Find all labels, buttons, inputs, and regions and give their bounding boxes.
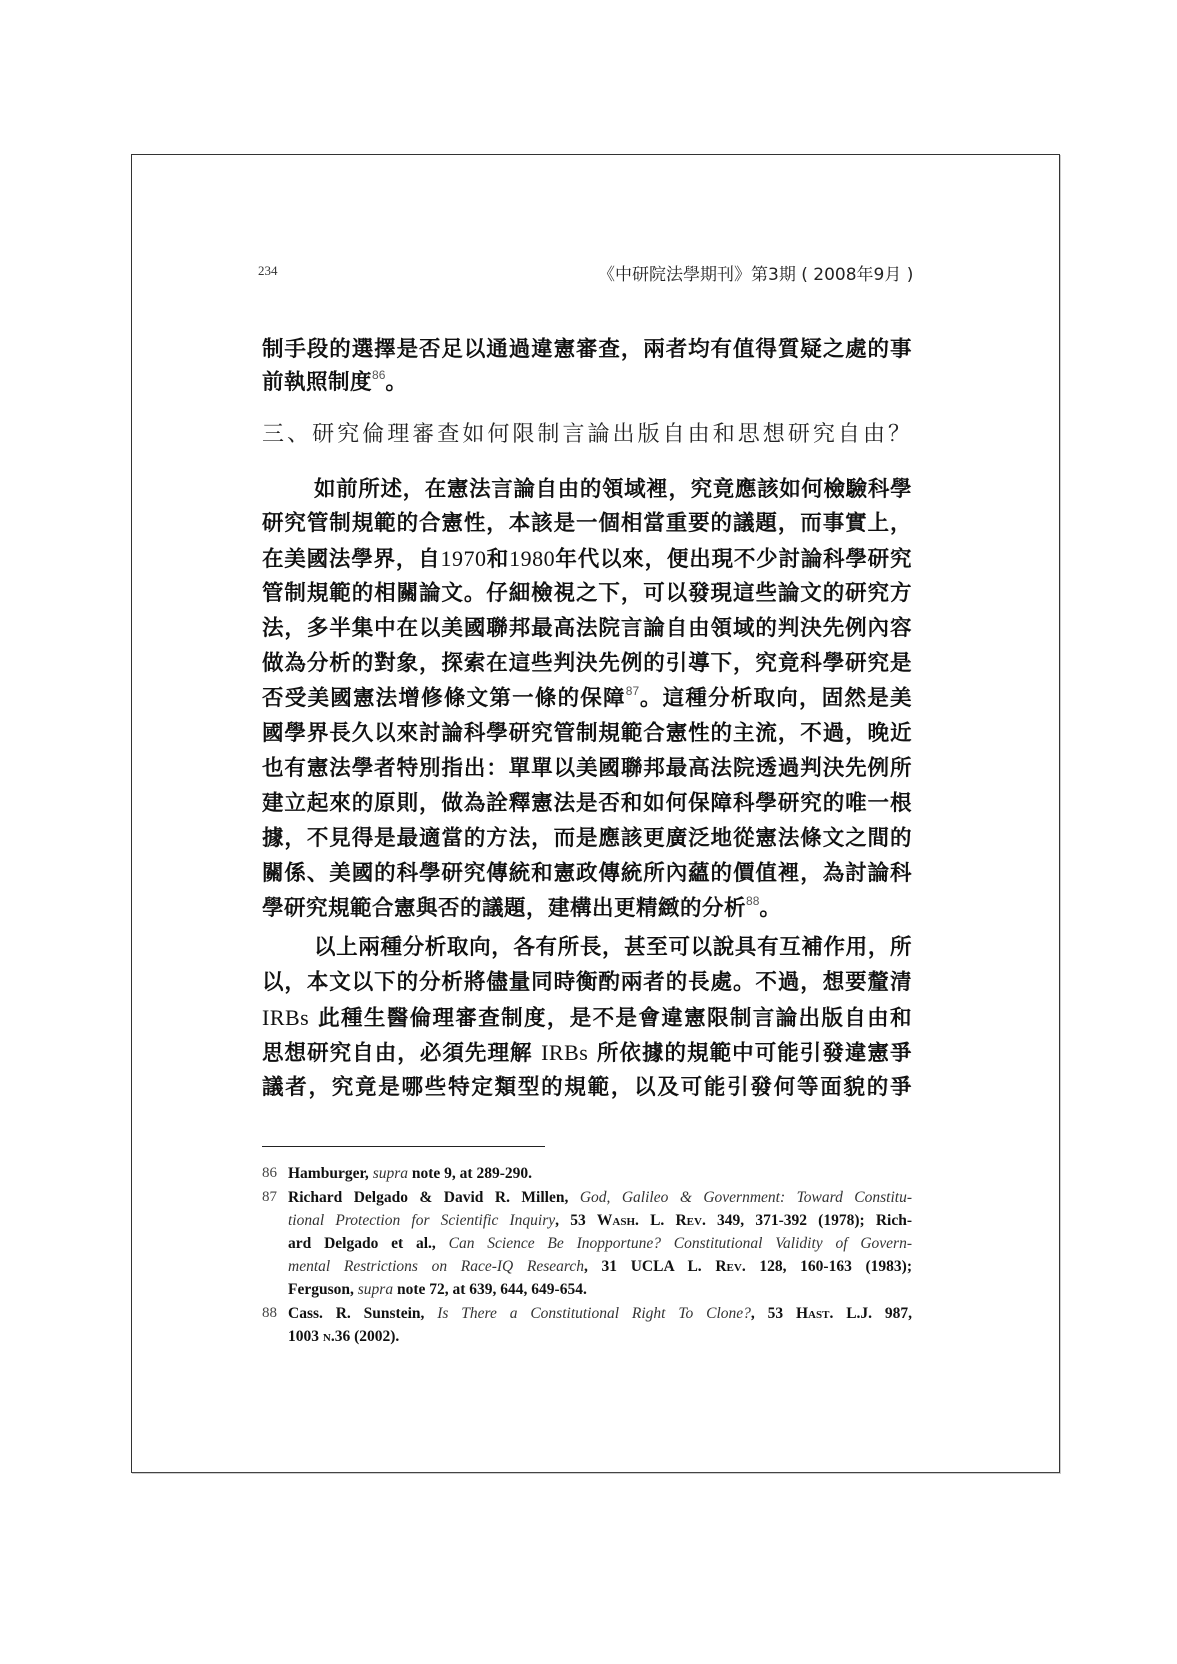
body-line: 研究管制規範的合憲性，本該是一個相當重要的議題，而事實上，: [262, 507, 912, 541]
footnote-text: , 53: [751, 1305, 796, 1322]
footnote-italic: supra: [358, 1281, 393, 1298]
running-head: 《中研院法學期刊》第3期 ( 2008年9月 ): [598, 260, 910, 285]
footnote-line: Cass. R. Sunstein, Is There a Constituti…: [288, 1302, 912, 1325]
body-line: 據，不見得是最適當的方法，而是應該更廣泛地從憲法條文之間的: [262, 822, 912, 856]
footnote-italic: Is There a Constitutional Right To Clone…: [437, 1305, 751, 1322]
footnote-number: 86: [262, 1162, 277, 1185]
body-line: 以，本文以下的分析將儘量同時衡酌兩者的長處。不過，想要釐清: [262, 966, 912, 1000]
acronym-text: IRBs: [541, 1040, 588, 1065]
footnote-text: note 9, at 289-290.: [408, 1165, 532, 1182]
footnote-text: note 72, at 639, 644, 649-654.: [393, 1281, 587, 1298]
footnote-text: 36 (2002).: [335, 1328, 400, 1345]
footnote-smallcaps: n.: [323, 1328, 335, 1345]
footnote-ref-88[interactable]: 88: [746, 894, 759, 908]
body-line: 也有憲法學者特別指出：單單以美國聯邦最高法院透過判決先例所: [262, 752, 912, 786]
body-line: 在美國法學界，自1970和1980年代以來，便出現不少討論科學研究: [262, 542, 912, 576]
footnote-text: ard Delgado et al.,: [288, 1235, 449, 1252]
body-text: 年代以來，便出現不少討論科學研究: [555, 547, 912, 572]
year-text: 1970: [440, 546, 486, 571]
body-line: 做為分析的對象，探索在這些判決先例的引導下，究竟科學研究是: [262, 647, 912, 681]
footnote-smallcaps: Hast.: [796, 1305, 833, 1322]
body-line: 建立起來的原則，做為詮釋憲法是否和如何保障科學研究的唯一根: [262, 787, 912, 821]
footnote-text: 1003: [288, 1328, 323, 1345]
body-text: 和: [486, 547, 509, 572]
body-text: 。: [385, 370, 407, 395]
footnote-text: , 31 UCLA L.: [584, 1258, 715, 1275]
footnote-line: tional Protection for Scientific Inquiry…: [288, 1209, 912, 1232]
body-text: 學研究規範合憲與否的議題，建構出更精緻的分析: [262, 896, 746, 921]
footnote-number: 87: [262, 1186, 277, 1209]
footnote-separator: [262, 1146, 545, 1147]
footnote-italic: mental Restrictions on Race-IQ Research: [288, 1258, 584, 1275]
year-text: 1980: [509, 546, 555, 571]
body-line: 法，多半集中在以美國聯邦最高法院言論自由領域的判決先例內容: [262, 612, 912, 646]
body-text: 前執照制度: [262, 370, 372, 395]
body-line: 學研究規範合憲與否的議題，建構出更精緻的分析88。: [262, 892, 912, 926]
footnote-text: Ferguson,: [288, 1281, 358, 1298]
footnote-text: , 53: [555, 1212, 597, 1229]
footnote-text: Richard Delgado & David R. Millen,: [288, 1189, 580, 1206]
footnote-italic: Can Science Be Inopportune? Constitution…: [449, 1235, 912, 1252]
footnote-line: Hamburger, supra note 9, at 289-290.: [288, 1162, 912, 1185]
body-text: 在美國法學界，自: [262, 547, 440, 572]
body-line: 管制規範的相關論文。仔細檢視之下，可以發現這些論文的研究方: [262, 577, 912, 611]
body-text: 否受美國憲法增修條文第一條的保障: [262, 686, 626, 711]
section-heading: 三、研究倫理審查如何限制言論出版自由和思想研究自由？: [262, 418, 912, 452]
body-line: 前執照制度86。: [262, 366, 912, 400]
footnote-smallcaps: Wash. L. Rev.: [597, 1212, 706, 1229]
footnote-text: L.J. 987,: [833, 1305, 912, 1322]
acronym-text: IRBs: [262, 1005, 309, 1030]
footnote-text: Cass. R. Sunstein,: [288, 1305, 437, 1322]
footnote-italic: God, Galileo & Government: Toward Consti…: [580, 1189, 912, 1206]
body-text: 。這種分析取向，固然是美: [639, 686, 912, 711]
footnote-italic: supra: [373, 1165, 408, 1182]
body-line: 關係、美國的科學研究傳統和憲政傳統所內蘊的價值裡，為討論科: [262, 857, 912, 891]
footnote-smallcaps: Rev.: [715, 1258, 745, 1275]
body-text: 此種生醫倫理審查制度，是不是會違憲限制言論出版自由和: [309, 1006, 912, 1031]
body-text: 所依據的規範中可能引發違憲爭: [588, 1041, 912, 1066]
footnote-line: ard Delgado et al., Can Science Be Inopp…: [288, 1232, 912, 1255]
body-text: 思想研究自由，必須先理解: [262, 1041, 541, 1066]
footnote-text: 349, 371-392 (1978); Rich-: [706, 1212, 912, 1229]
body-line: 議者，究竟是哪些特定類型的規範，以及可能引發何等面貌的爭: [262, 1071, 912, 1105]
footnote-line: Richard Delgado & David R. Millen, God, …: [288, 1186, 912, 1209]
body-line: 制手段的選擇是否足以通過違憲審查，兩者均有值得質疑之處的事: [262, 333, 912, 367]
footnote-text: Hamburger,: [288, 1165, 373, 1182]
footnote-number: 88: [262, 1302, 277, 1325]
footnote-line: Ferguson, supra note 72, at 639, 644, 64…: [288, 1278, 912, 1301]
body-line: 以上兩種分析取向，各有所長，甚至可以說具有互補作用，所: [262, 931, 912, 965]
footnote-line: mental Restrictions on Race-IQ Research,…: [288, 1255, 912, 1278]
footnote-italic: tional Protection for Scientific Inquiry: [288, 1212, 555, 1229]
footnote-ref-87[interactable]: 87: [626, 684, 639, 698]
page-number: 234: [258, 263, 278, 279]
body-line: 否受美國憲法增修條文第一條的保障87。這種分析取向，固然是美: [262, 682, 912, 716]
body-line: 如前所述，在憲法言論自由的領域裡，究竟應該如何檢驗科學: [262, 473, 912, 507]
footnote-ref-86[interactable]: 86: [372, 368, 385, 382]
body-line: IRBs 此種生醫倫理審查制度，是不是會違憲限制言論出版自由和: [262, 1001, 912, 1035]
footnote-text: 128, 160-163 (1983);: [746, 1258, 912, 1275]
body-text: 。: [759, 896, 781, 921]
body-line: 國學界長久以來討論科學研究管制規範合憲性的主流，不過，晚近: [262, 717, 912, 751]
footnote-line: 1003 n.36 (2002).: [288, 1325, 912, 1348]
body-line: 思想研究自由，必須先理解 IRBs 所依據的規範中可能引發違憲爭: [262, 1036, 912, 1070]
